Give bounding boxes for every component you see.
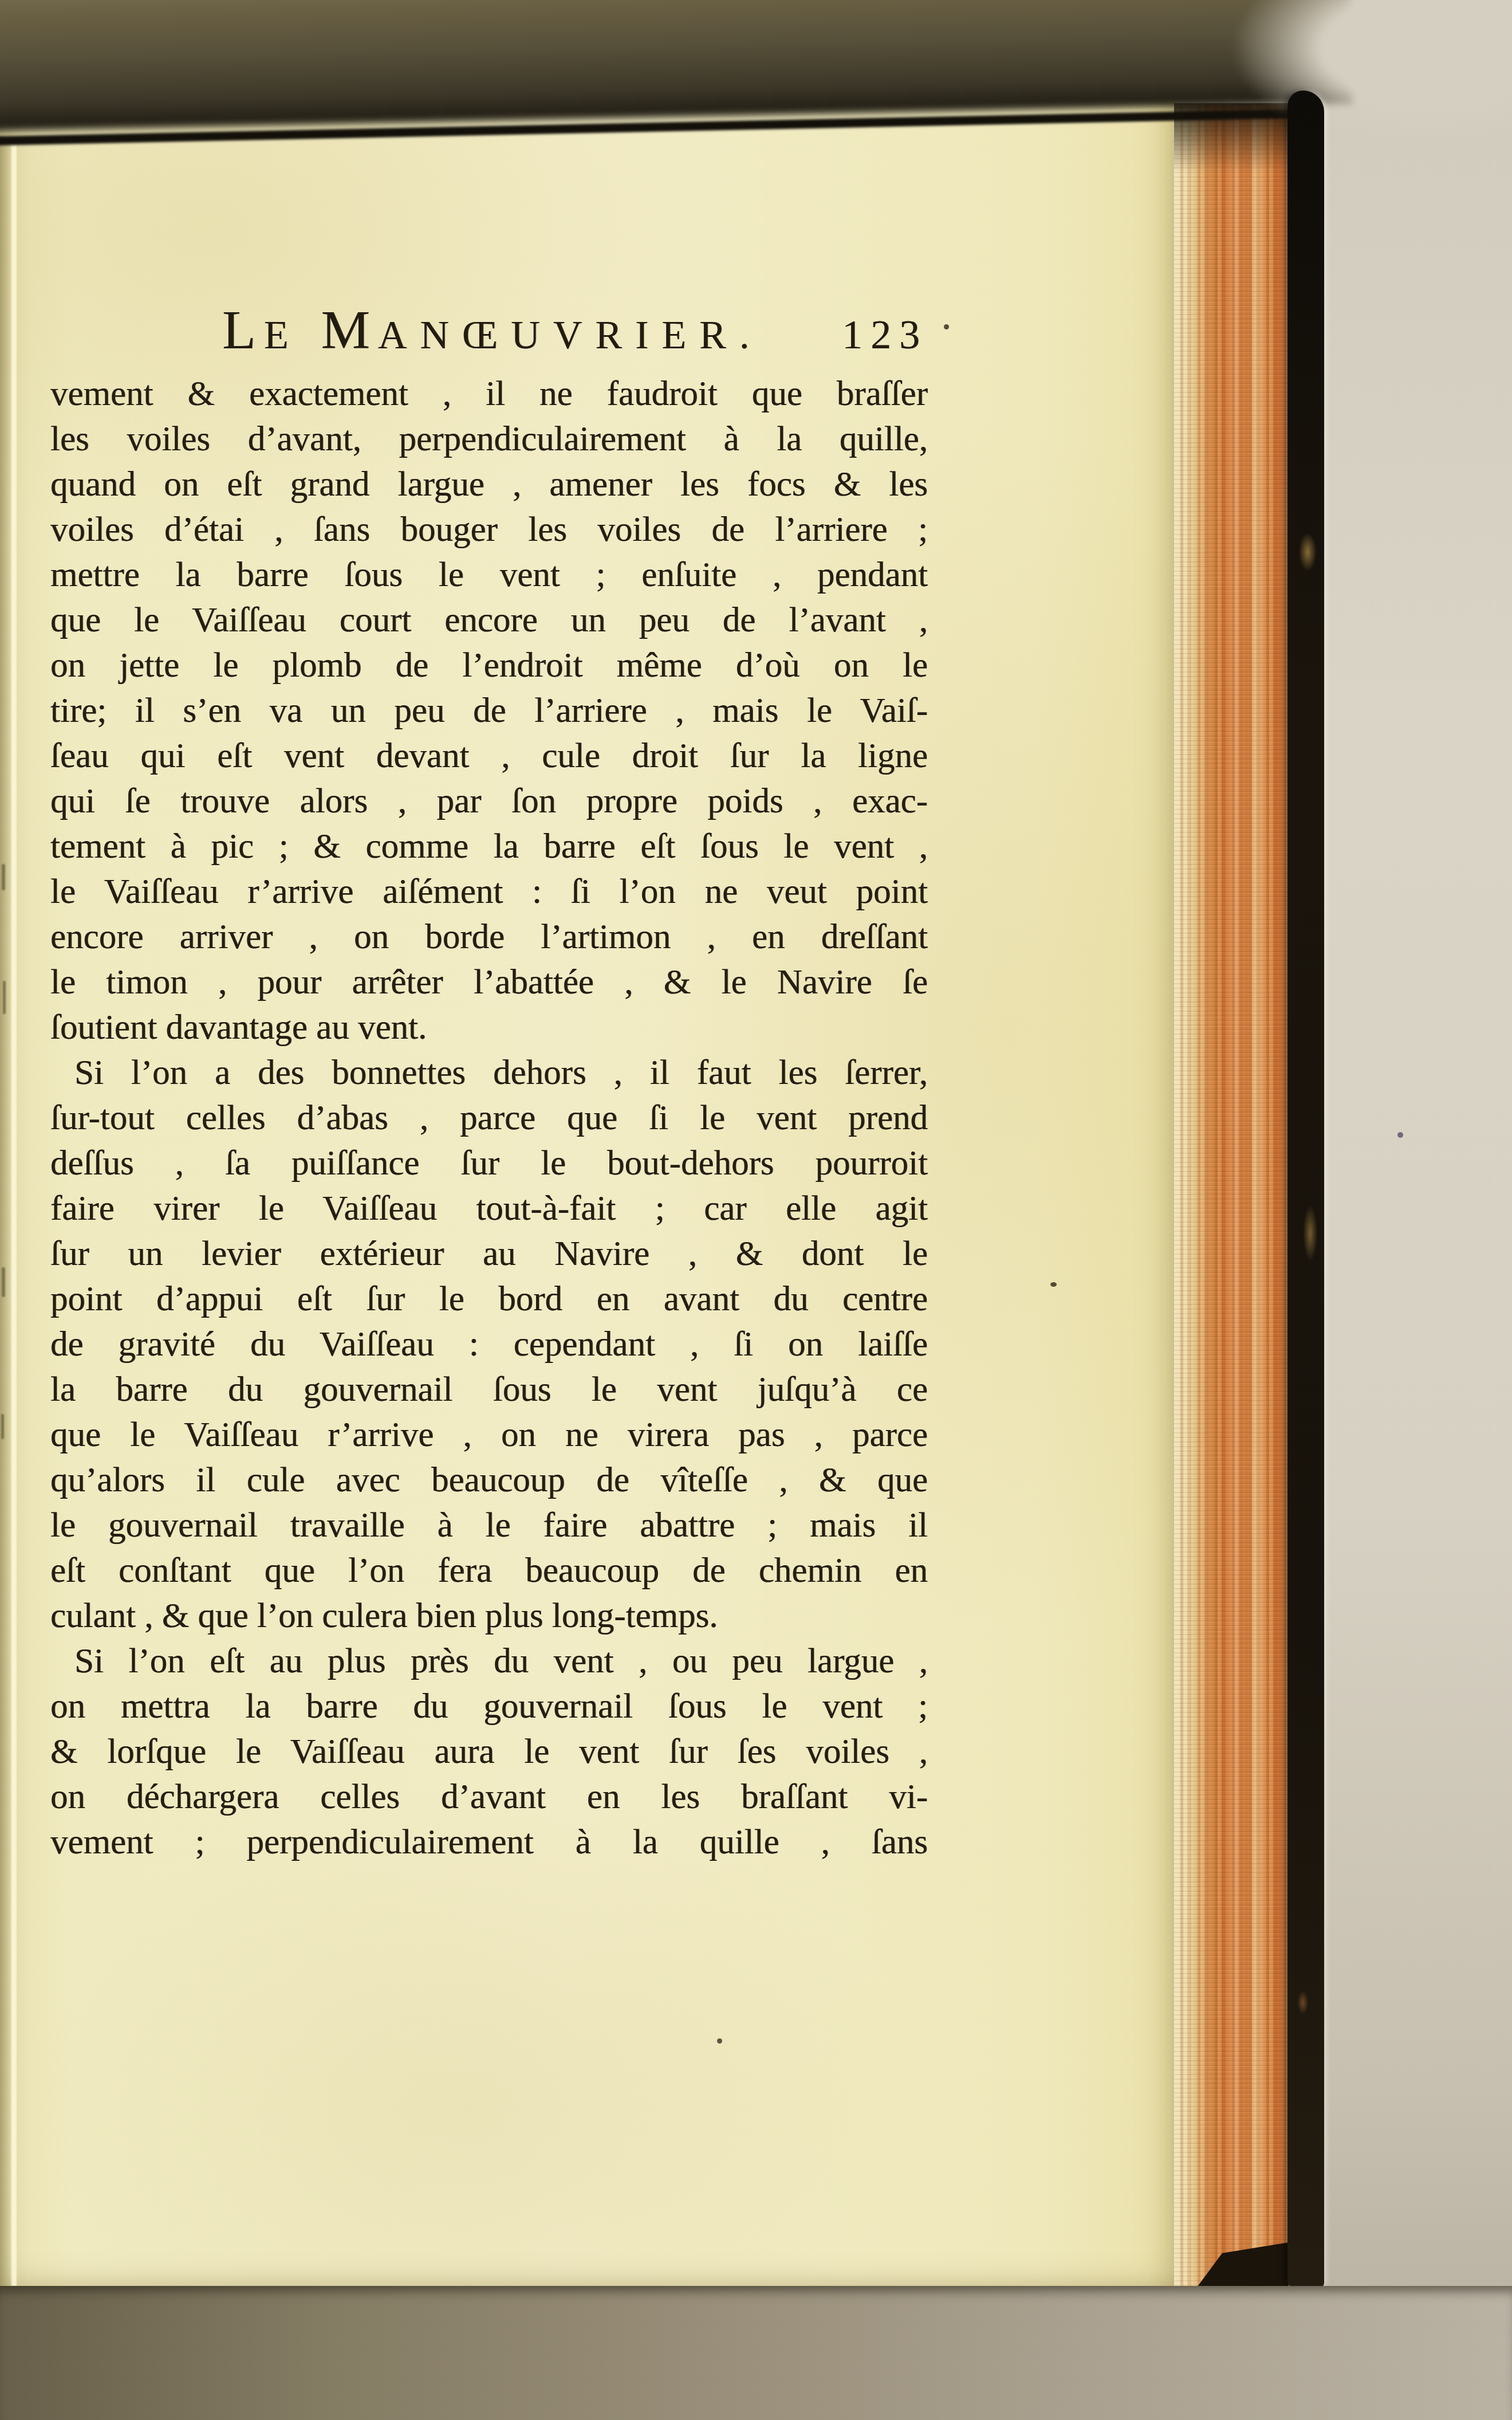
text-line: on mettra la barre du gouvernail ſous le…: [50, 1684, 928, 1729]
text-line: eſt conſtant que l’on fera beaucoup de c…: [50, 1548, 928, 1593]
page-text-block: vement & exactement , il ne faudroit que…: [50, 371, 928, 1865]
text-line: encore arriver , on borde l’artimon , en…: [50, 914, 928, 960]
text-line: on déchargera celles d’avant en les braſ…: [50, 1774, 928, 1820]
text-line-paragraph-end: ſoutient davantage au vent.: [50, 1005, 928, 1050]
text-line: les voiles d’avant, perpendiculairement …: [50, 417, 928, 462]
dust-speck: [1397, 1132, 1403, 1138]
ink-speck: [1050, 1282, 1057, 1287]
left-margin-mark: [2, 1267, 5, 1297]
ink-speck: [717, 2038, 722, 2044]
text-line: que le Vaiſſeau court encore un peu de l…: [50, 598, 928, 643]
text-line: que le Vaiſſeau r’arrive , on ne virera …: [50, 1412, 928, 1457]
text-line: on jette le plomb de l’endroit même d’où…: [50, 643, 928, 688]
book-fore-edge-pages: [1174, 103, 1289, 2287]
background-top-right: [1219, 0, 1512, 141]
text-line: vement ; perpendiculairement à la quille…: [50, 1820, 928, 1865]
text-line: quand on eſt grand largue , amener les f…: [50, 462, 928, 507]
page-number: 123: [842, 311, 928, 359]
header-title-smallcaps: ANŒUVRIER.: [378, 313, 762, 357]
scanned-book-photo: LEMANŒUVRIER. 123 vement & exactement , …: [0, 0, 1512, 2420]
text-line: le Vaiſſeau r’arrive aiſément : ſi l’on …: [50, 869, 928, 914]
underlying-page-edge-line: [11, 144, 17, 2286]
text-line: voiles d’étai , ſans bouger les voiles d…: [50, 507, 928, 552]
text-line: qu’alors il cule avec beaucoup de vîteſſ…: [50, 1457, 928, 1503]
left-margin-mark: [3, 981, 6, 1014]
text-line: vement & exactement , il ne faudroit que…: [50, 371, 928, 417]
text-line: tire; il s’en va un peu de l’arriere , m…: [50, 688, 928, 733]
text-line: deſſus , ſa puiſſance ſur le bout-dehors…: [50, 1141, 928, 1186]
text-line: & lorſque le Vaiſſeau aura le vent ſur ſ…: [50, 1729, 928, 1774]
ink-speck: [944, 324, 949, 329]
text-line: mettre la barre ſous le vent ; enſuite ,…: [50, 552, 928, 598]
text-line: le gouvernail travaille à le faire abatt…: [50, 1503, 928, 1548]
header-title: LEMANŒUVRIER.: [222, 298, 762, 362]
text-line-paragraph-start: Si l’on a des bonnettes dehors , il faut…: [50, 1050, 928, 1095]
text-line-paragraph-start: Si l’on eſt au plus près du vent , ou pe…: [50, 1639, 928, 1684]
left-margin-mark: [2, 864, 5, 890]
text-line: la barre du gouvernail ſous le vent juſq…: [50, 1367, 928, 1412]
header-title-initial: M: [321, 299, 377, 360]
header-title-initial: L: [222, 299, 264, 360]
text-line: le timon , pour arrêter l’abattée , & le…: [50, 960, 928, 1005]
text-line: de gravité du Vaiſſeau : cependant , ſi …: [50, 1322, 928, 1367]
text-line: qui ſe trouve alors , par ſon propre poi…: [50, 779, 928, 824]
text-line: faire virer le Vaiſſeau tout-à-fait ; ca…: [50, 1186, 928, 1231]
text-line: ſur un levier extérieur au Navire , & do…: [50, 1231, 928, 1276]
text-line: point d’appui eſt ſur le bord en avant d…: [50, 1276, 928, 1322]
book-cover-edge: [1287, 91, 1324, 2288]
text-line: ſeau qui eſt vent devant , cule droit ſu…: [50, 733, 928, 779]
table-surface: [0, 2286, 1512, 2420]
text-line: ſur-tout celles d’abas , parce que ſi le…: [50, 1095, 928, 1141]
running-header: LEMANŒUVRIER. 123: [50, 298, 928, 362]
left-margin-mark: [1, 1414, 4, 1439]
text-line-paragraph-end: culant , & que l’on culera bien plus lon…: [50, 1593, 928, 1639]
text-line: tement à pic ; & comme la barre eſt ſous…: [50, 824, 928, 869]
header-title-smallcaps: E: [264, 313, 302, 357]
page-left-edge-shade: [0, 136, 10, 2289]
